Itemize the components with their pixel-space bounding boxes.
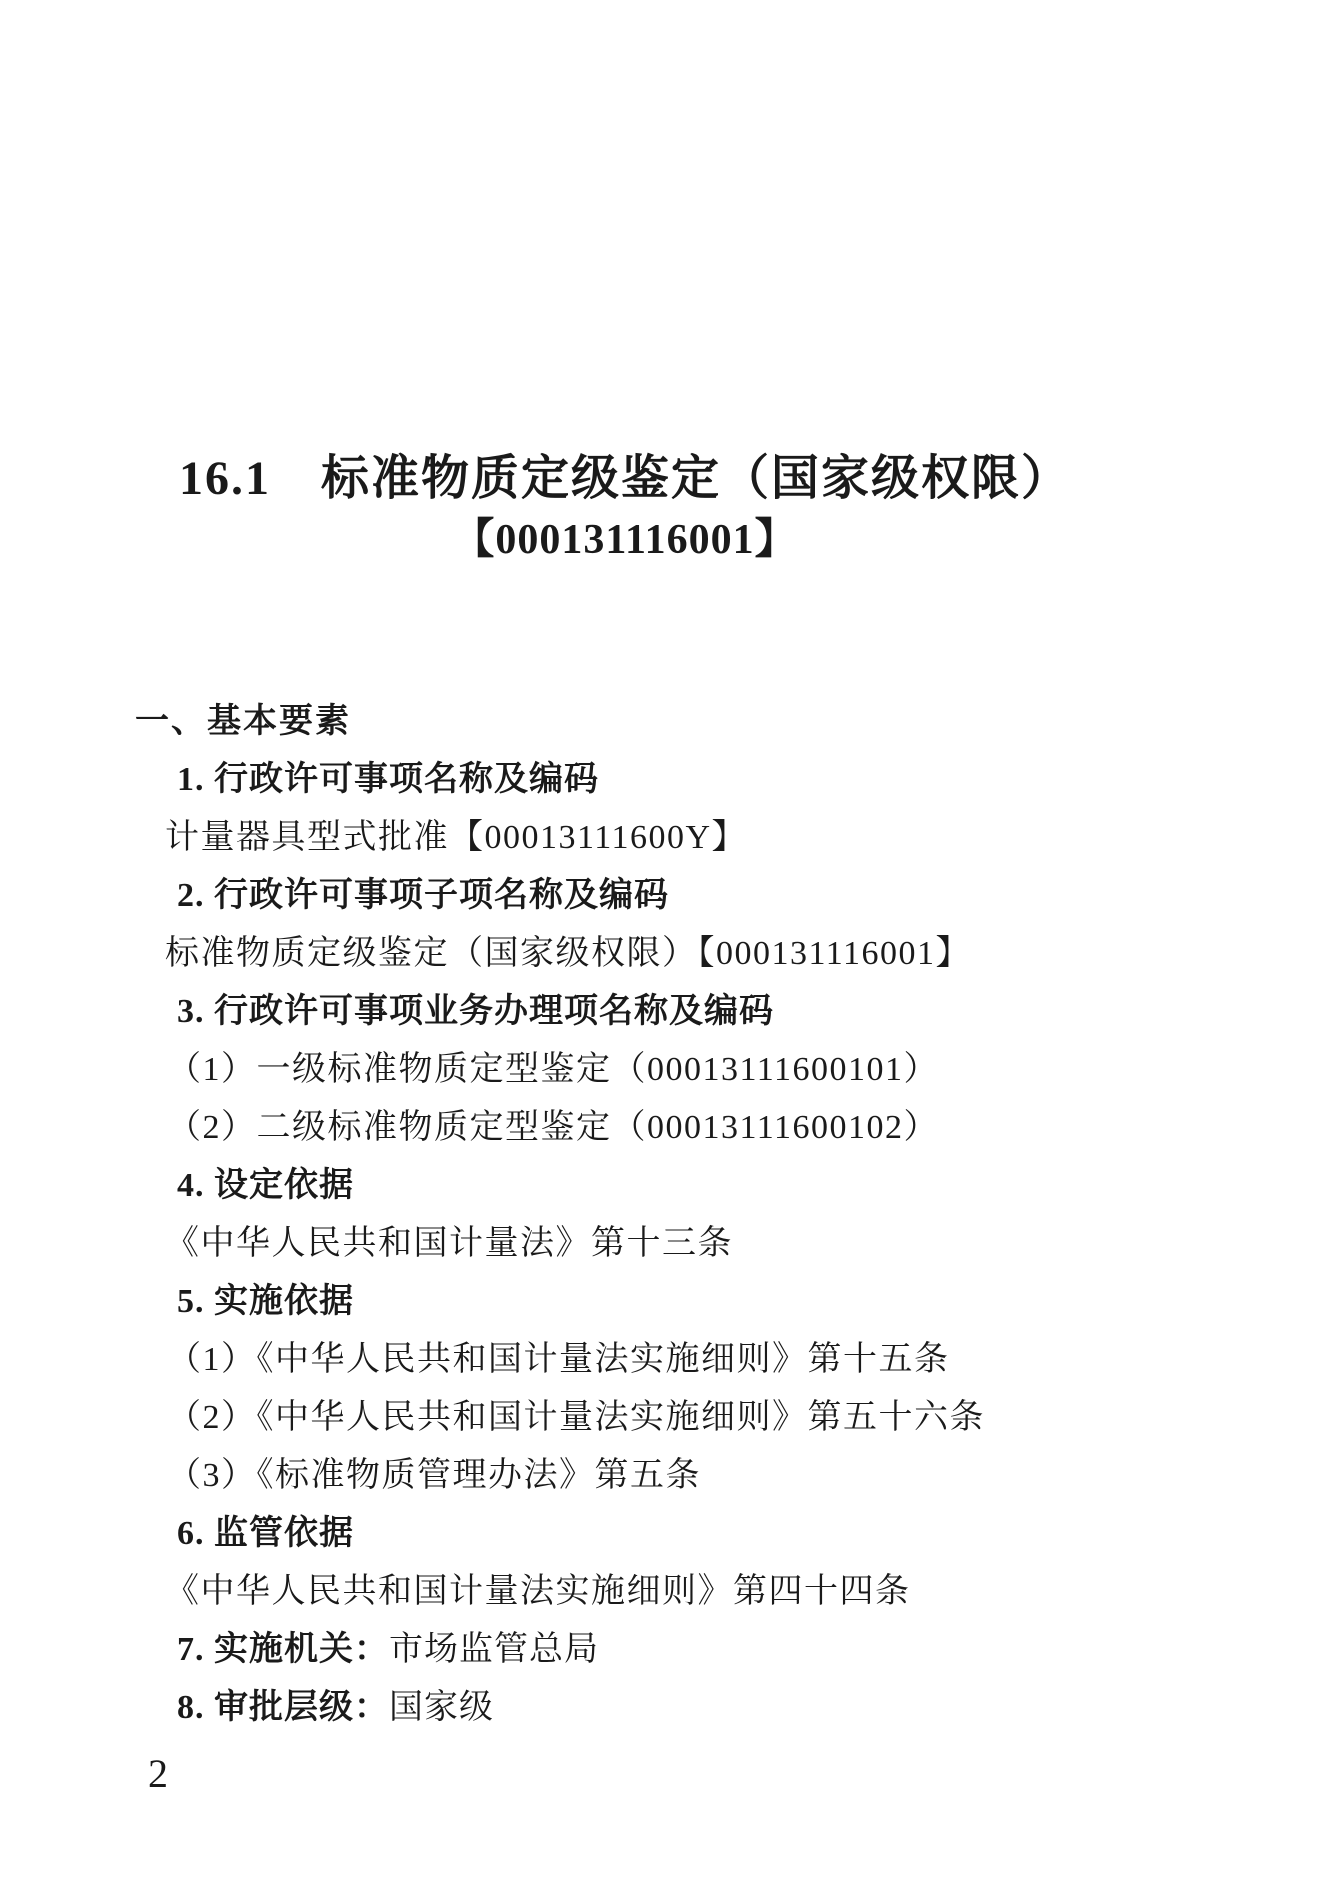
page-title: 16.1 标准物质定级鉴定（国家级权限）	[135, 448, 1115, 510]
sub-item-grade2-appraisal: （2）二级标准物质定型鉴定（00013111600102）	[167, 1094, 1195, 1152]
item-body-license-name-code: 计量器具型式批准【00013111600Y】	[165, 804, 1195, 862]
page-number: 2	[148, 1750, 168, 1797]
item-heading-5: 5. 实施依据	[177, 1268, 1195, 1326]
page-title-code: 【000131116001】	[135, 510, 1115, 570]
item-heading-8: 8. 审批层级：国家级	[177, 1674, 1195, 1732]
sub-item-impl-basis-1: （1）《中华人民共和国计量法实施细则》第十五条	[167, 1326, 1195, 1384]
document-body: 一、基本要素 1. 行政许可事项名称及编码 计量器具型式批准【000131116…	[135, 688, 1195, 1732]
item-heading-6: 6. 监管依据	[177, 1500, 1195, 1558]
item-value-approval-level: 国家级	[389, 1679, 494, 1728]
item-body-supervision-basis: 《中华人民共和国计量法实施细则》第四十四条	[165, 1558, 1195, 1616]
item-heading-2: 2. 行政许可事项子项名称及编码	[177, 862, 1195, 920]
item-body-setting-basis: 《中华人民共和国计量法》第十三条	[165, 1210, 1195, 1268]
item-heading-7: 7. 实施机关：市场监管总局	[177, 1616, 1195, 1674]
item-value-implementing-authority: 市场监管总局	[389, 1621, 599, 1670]
sub-item-impl-basis-2: （2）《中华人民共和国计量法实施细则》第五十六条	[167, 1384, 1195, 1442]
document-page: 16.1 标准物质定级鉴定（国家级权限） 【000131116001】 一、基本…	[0, 0, 1339, 1890]
item-label-implementing-authority: 7. 实施机关：	[177, 1621, 389, 1670]
sub-item-impl-basis-3: （3）《标准物质管理办法》第五条	[167, 1442, 1195, 1500]
title-block: 16.1 标准物质定级鉴定（国家级权限） 【000131116001】	[135, 448, 1115, 570]
item-heading-3: 3. 行政许可事项业务办理项名称及编码	[177, 978, 1195, 1036]
item-body-subitem-name-code: 标准物质定级鉴定（国家级权限）【000131116001】	[165, 920, 1195, 978]
item-heading-1: 1. 行政许可事项名称及编码	[177, 746, 1195, 804]
item-heading-4: 4. 设定依据	[177, 1152, 1195, 1210]
sub-item-grade1-appraisal: （1）一级标准物质定型鉴定（00013111600101）	[167, 1036, 1195, 1094]
item-label-approval-level: 8. 审批层级：	[177, 1679, 389, 1728]
section-heading-basic-elements: 一、基本要素	[135, 688, 1195, 746]
